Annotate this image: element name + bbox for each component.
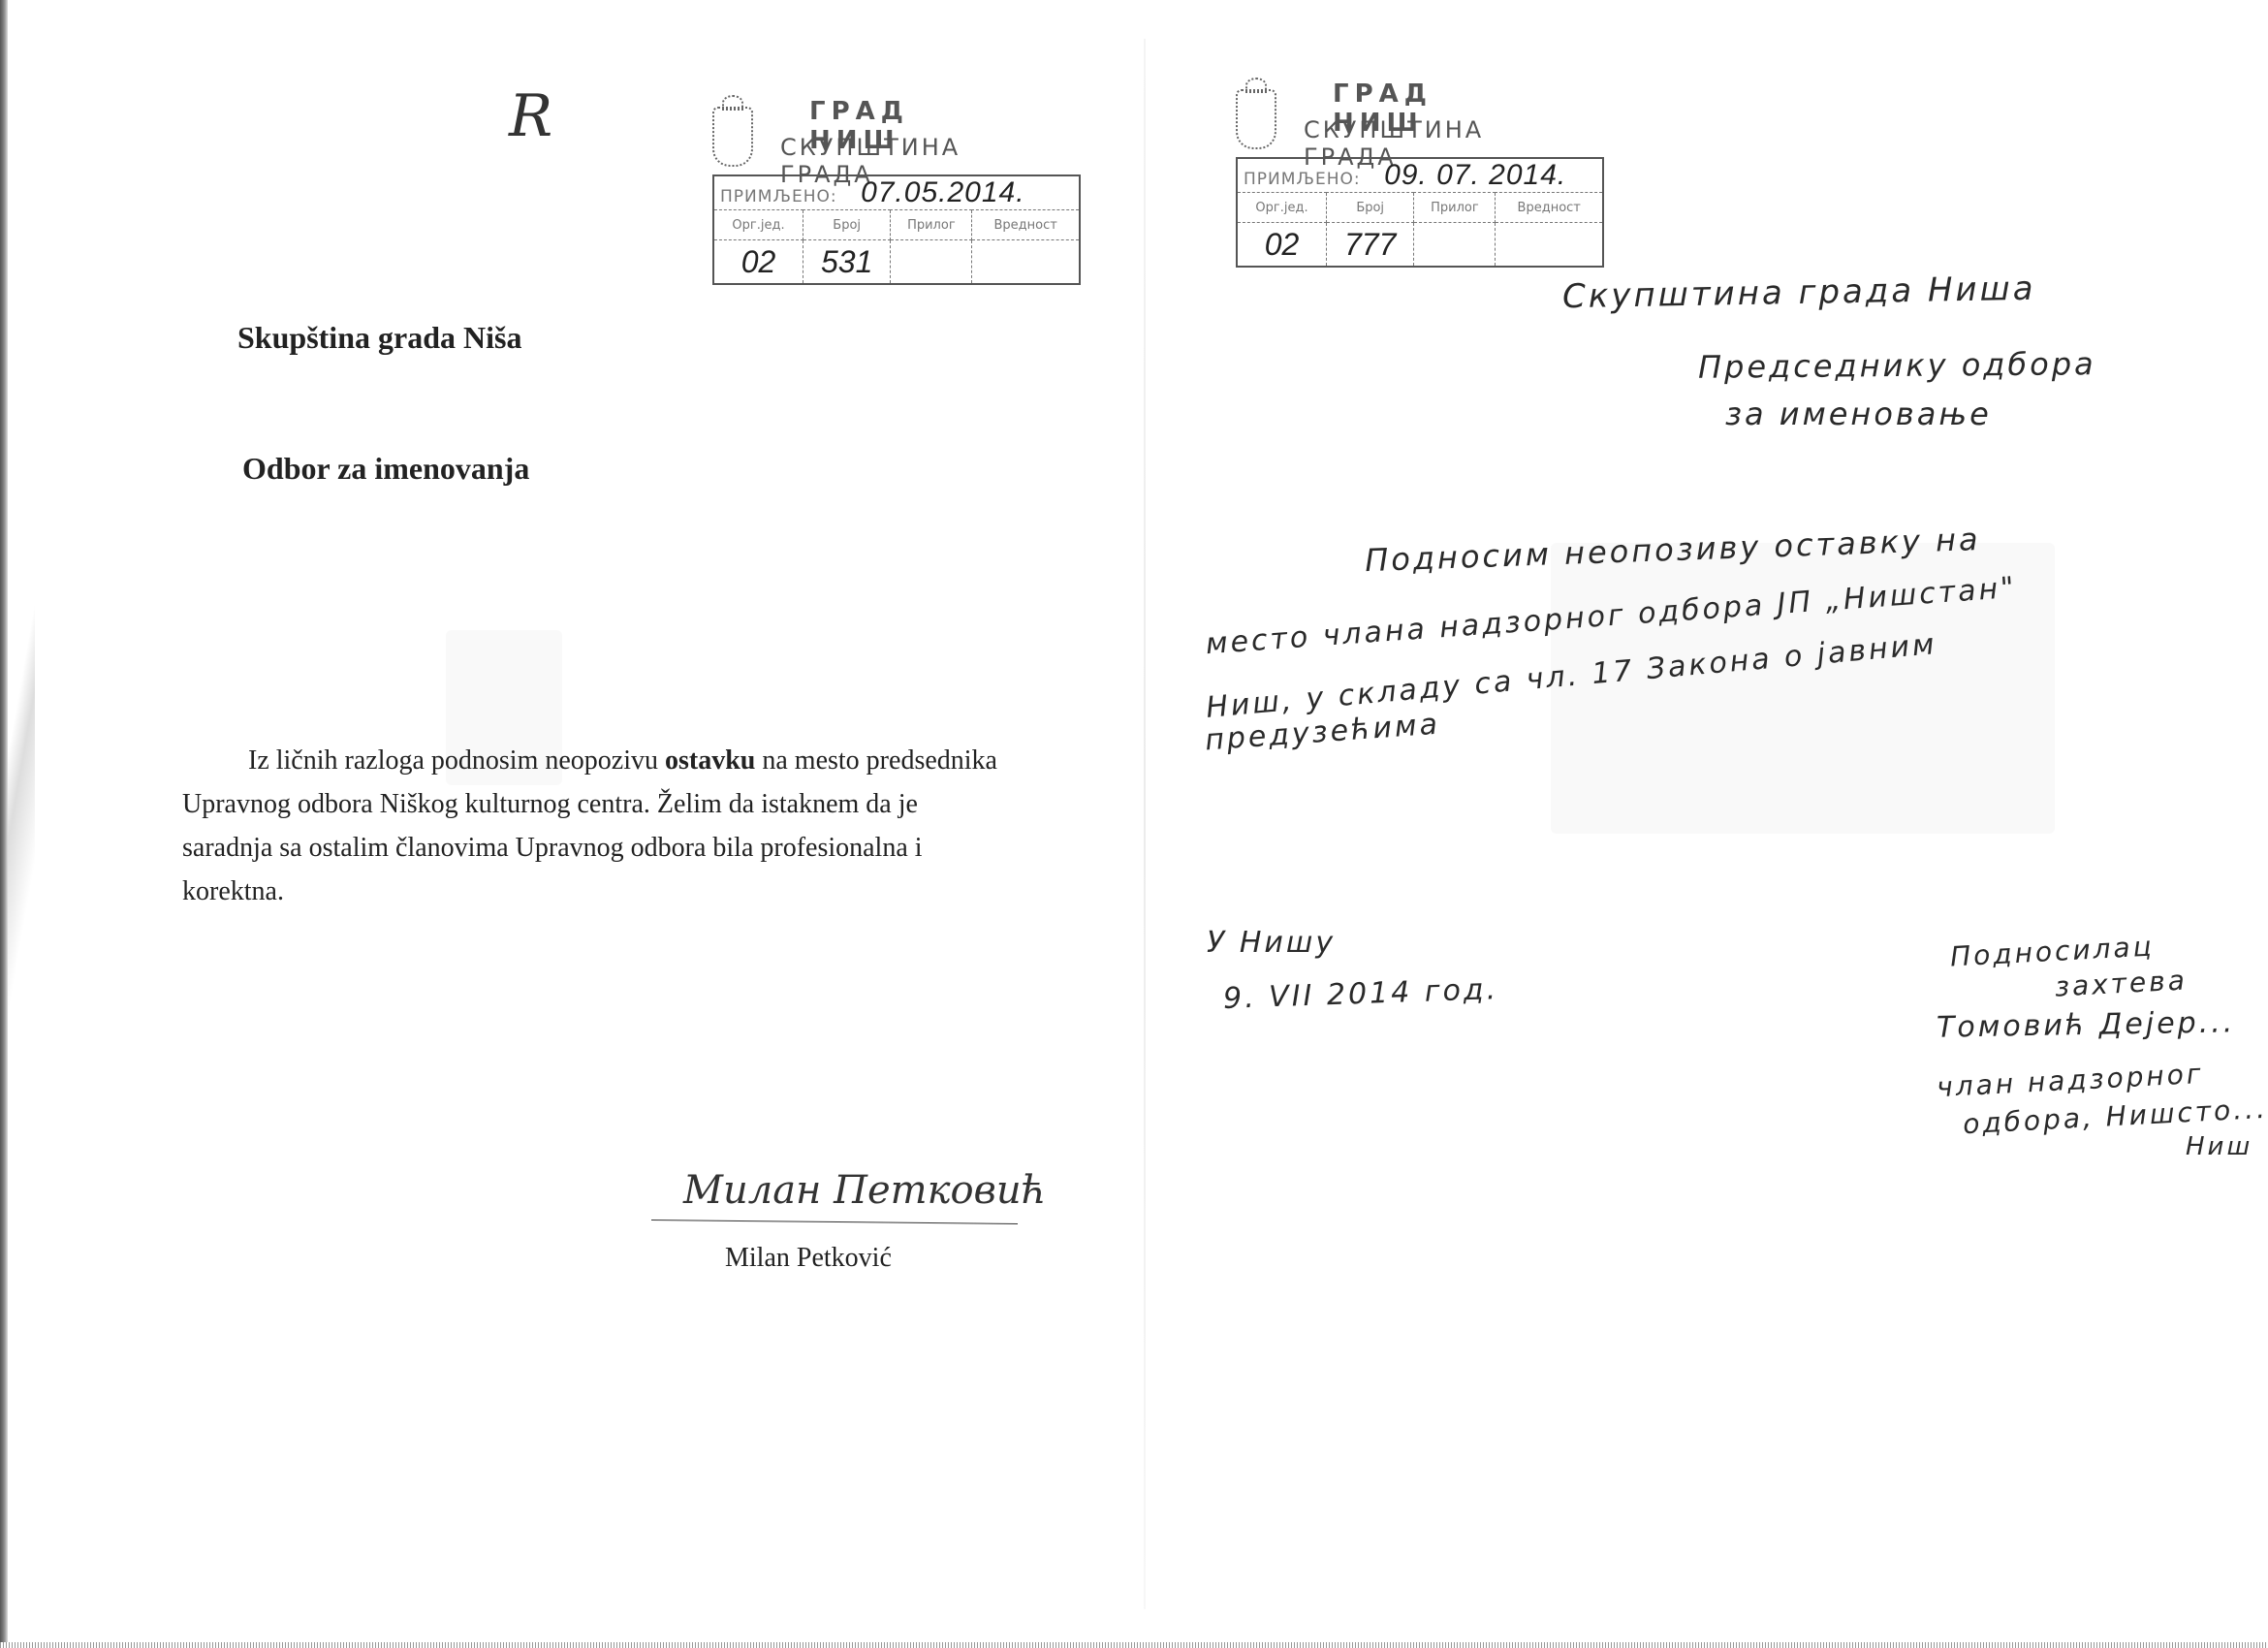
scan-shadow [8,58,35,1648]
stamp-col-org: Орг.јед. [1237,193,1327,223]
page-fold [1144,39,1146,1609]
initial-mark: R [509,82,552,150]
coat-of-arms-icon [712,107,753,167]
handwritten-date: 9. VII 2014 год. [1222,972,1498,1016]
stamp-received-label: ПРИМЉЕНО: [720,187,837,206]
stamp-val-number: 777 [1327,223,1414,268]
stamp-val-number: 531 [803,240,891,285]
stamp-received-label: ПРИМЉЕНО: [1244,170,1361,189]
recipient-heading: Skupština grada Niša [237,320,521,356]
stamp-val-value [1496,223,1603,268]
coat-of-arms-icon [1236,89,1276,149]
scan-edge-bottom [0,1642,2268,1648]
stamp-val-attachment [1414,223,1496,268]
stamp-col-attachment: Прилог [891,210,972,240]
stamp-col-org: Орг.јед. [713,210,803,240]
handwritten-signature-line: члан надзорног [1936,1058,2204,1103]
stamp-val-value [972,240,1080,285]
stamp-table: ПРИМЉЕНО: 07.05.2014. Орг.јед. Број Прил… [712,174,1081,285]
stamp-received-date: 09. 07. 2014. [1384,159,1566,191]
handwritten-signature-line: Томовић Дејер... [1937,1005,2236,1044]
stamp-received-date: 07.05.2014. [861,176,1024,208]
handwritten-signature-line: захтева [2054,964,2188,1002]
stamp-val-org: 02 [1237,223,1327,268]
body-text-bold: ostavku [665,745,755,776]
handwritten-address-line: за именовање [1725,396,1992,432]
stamp-received-row: ПРИМЉЕНО: 09. 07. 2014. [1237,158,1603,193]
stamp-col-number: Број [1327,193,1414,223]
signer-name: Milan Petković [725,1243,892,1274]
letter-body: Iz ličnih razloga podnosim neopozivu ost… [182,739,1006,913]
stamp-col-value: Вредност [972,210,1080,240]
handwritten-address-line: Председнику одбора [1698,345,2096,386]
handwritten-signature-line: Ниш [2186,1132,2252,1161]
signature: Милан Петковић [683,1168,1046,1213]
committee-heading: Odbor za imenovanja [242,451,529,487]
body-text-start: Iz ličnih razloga podnosim neopozivu [248,745,665,776]
handwritten-place: У Нишу [1207,926,1336,960]
handwritten-address-line: Скупштина града Ниша [1562,269,2036,317]
stamp-col-value: Вредност [1496,193,1603,223]
stamp-val-org: 02 [713,240,803,285]
stamp-received-row: ПРИМЉЕНО: 07.05.2014. [713,175,1080,210]
stamp-col-number: Број [803,210,891,240]
stamp-col-attachment: Прилог [1414,193,1496,223]
stamp-table: ПРИМЉЕНО: 09. 07. 2014. Орг.јед. Број Пр… [1236,157,1604,268]
scan-edge-left [0,0,8,1648]
signature-line [651,1220,1018,1224]
stamp-val-attachment [891,240,972,285]
